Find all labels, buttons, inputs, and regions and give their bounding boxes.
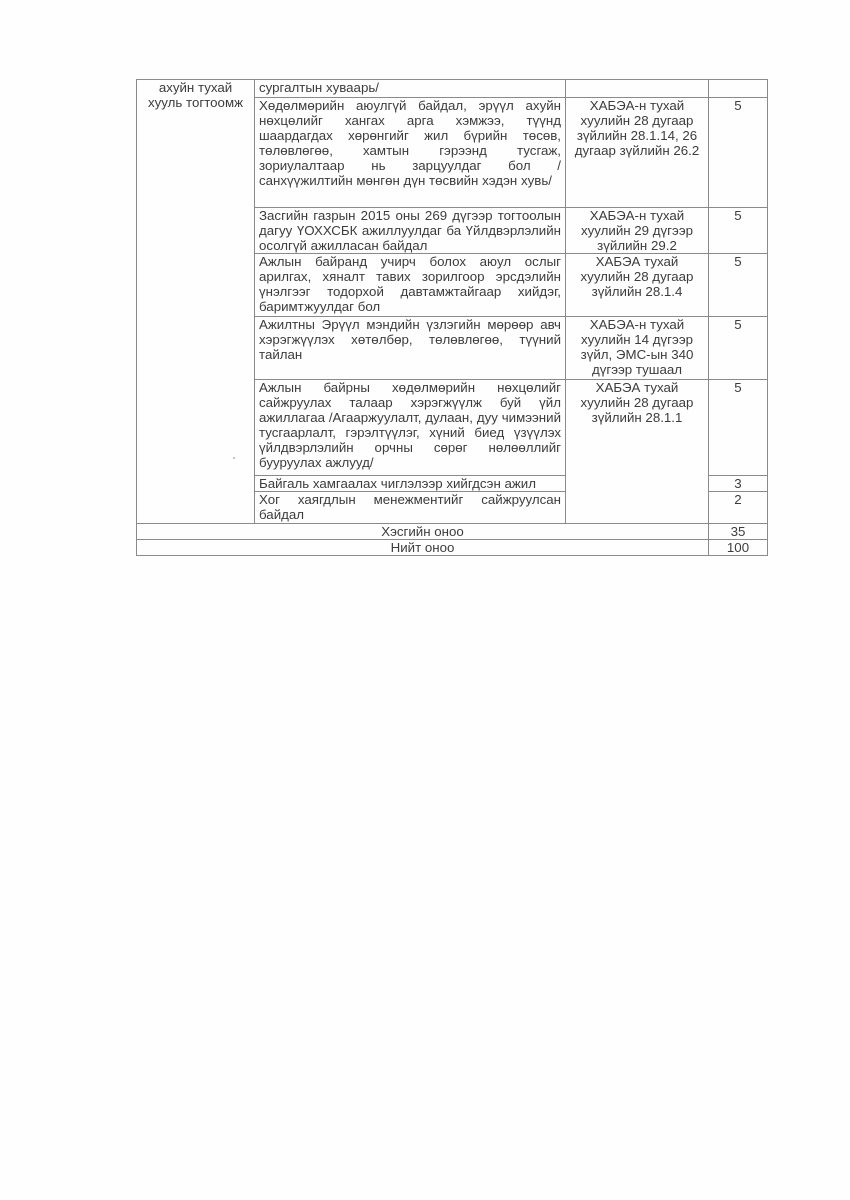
criterion-cell: Хөдөлмөрийн аюулгүй байдал, эрүүл ахуйн … xyxy=(255,98,566,208)
criterion-cell: Засгийн газрын 2015 оны 269 дүгээр тогто… xyxy=(255,208,566,254)
section-total-value-cell: 35 xyxy=(709,524,768,540)
criterion-cell: Ажлын байрны хөдөлмөрийн нөхцөлийг сайжр… xyxy=(255,380,566,476)
scan-speck xyxy=(233,457,235,459)
table-row: ахуйн тухай хууль тогтоомж сургалтын хув… xyxy=(137,80,768,98)
reference-cell: ХАБЭА-н тухай хуулийн 29 дүгээр зүйлийн … xyxy=(566,208,709,254)
score-cell: 5 xyxy=(709,317,768,380)
section-total-label-cell: Хэсгийн оноо xyxy=(137,524,709,540)
reference-cell xyxy=(566,80,709,98)
criterion-cell: сургалтын хуваарь/ xyxy=(255,80,566,98)
section-total-row: Хэсгийн оноо 35 xyxy=(137,524,768,540)
score-cell: 5 xyxy=(709,254,768,317)
grand-total-value: 100 xyxy=(727,540,749,555)
evaluation-table: ахуйн тухай хууль тогтоомж сургалтын хув… xyxy=(136,79,768,556)
score-cell: 5 xyxy=(709,98,768,208)
section-total-label: Хэсгийн оноо xyxy=(381,524,464,539)
document-page: ахуйн тухай хууль тогтоомж сургалтын хув… xyxy=(0,0,850,1200)
score-cell: 5 xyxy=(709,380,768,476)
grand-total-row: Нийт оноо 100 xyxy=(137,540,768,556)
score-cell: 2 xyxy=(709,492,768,524)
score-cell: 3 xyxy=(709,476,768,492)
section-total-value: 35 xyxy=(731,524,746,539)
reference-cell: ХАБЭА тухай хуулийн 28 дугаар зүйлийн 28… xyxy=(566,380,709,524)
section-label-cell: ахуйн тухай хууль тогтоомж xyxy=(137,80,255,524)
grand-total-value-cell: 100 xyxy=(709,540,768,556)
reference-cell: ХАБЭА-н тухай хуулийн 14 дүгээр зүйл, ЭМ… xyxy=(566,317,709,380)
reference-cell: ХАБЭА тухай хуулийн 28 дугаар зүйлийн 28… xyxy=(566,254,709,317)
grand-total-label: Нийт оноо xyxy=(391,540,455,555)
criterion-cell: Ажлын байранд учирч болох аюул ослыг ари… xyxy=(255,254,566,317)
score-cell: 5 xyxy=(709,208,768,254)
grand-total-label-cell: Нийт оноо xyxy=(137,540,709,556)
criterion-cell: Хог хаягдлын менежментийг сайжруулсан ба… xyxy=(255,492,566,524)
section-label: ахуйн тухай хууль тогтоомж xyxy=(148,80,243,110)
reference-cell: ХАБЭА-н тухай хуулийн 28 дугаар зүйлийн … xyxy=(566,98,709,208)
score-cell xyxy=(709,80,768,98)
criterion-cell: Байгаль хамгаалах чиглэлээр хийгдсэн ажи… xyxy=(255,476,566,492)
criterion-cell: Ажилтны Эрүүл мэндийн үзлэгийн мөрөөр ав… xyxy=(255,317,566,380)
